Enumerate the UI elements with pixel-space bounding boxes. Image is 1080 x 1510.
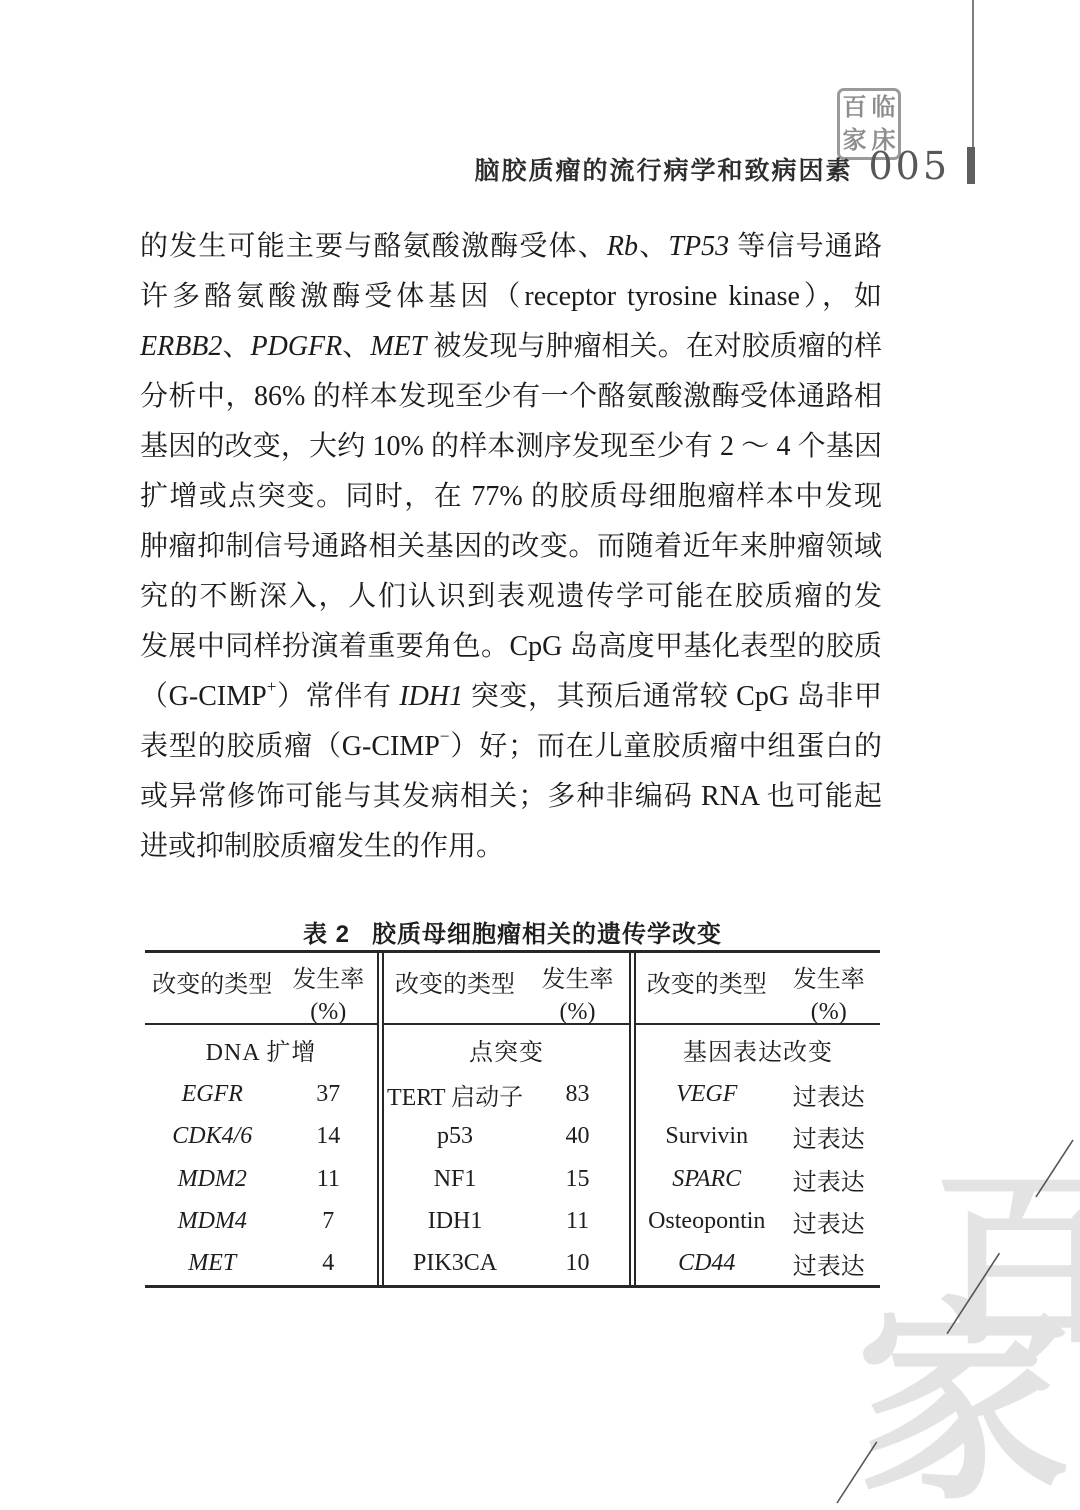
paragraph-line: 扩增或点突变。同时，在 77% 的胶质母细胞瘤样本中发现 RB1	[140, 472, 882, 522]
table-header-row: 改变的类型发生率(%)	[384, 953, 629, 1025]
table-row: MDM47	[145, 1200, 377, 1242]
gene-name: PIK3CA	[384, 1250, 526, 1277]
genetics-table: 改变的类型发生率(%)DNA 扩增EGFR37CDK4/614MDM211MDM…	[145, 950, 880, 1288]
gene-name: CD44	[636, 1250, 778, 1277]
gene-value: 4	[280, 1250, 377, 1277]
gene-name: NF1	[384, 1166, 526, 1193]
gene-value: 过表达	[778, 1162, 880, 1197]
paragraph-line: （G-CIMP+）常伴有 IDH1 突变，其预后通常较 CpG 岛非甲基化	[140, 672, 882, 722]
gene-value: 15	[526, 1166, 629, 1193]
table-row: Osteopontin过表达	[636, 1200, 880, 1242]
col-header-type: 改变的类型	[636, 964, 778, 1023]
paragraph-line: 发展中同样扮演着重要角色。CpG 岛高度甲基化表型的胶质瘤	[140, 622, 882, 672]
col-header-rate-label: 发生率	[526, 964, 629, 996]
book-page: 百 家 百 临 家 床 脑胶质瘤的流行病学和致病因素 005 的发生可能主要与酪…	[0, 0, 1080, 1510]
col-header-rate-label: 发生率	[778, 964, 880, 996]
table-header-row: 改变的类型发生率(%)	[636, 953, 880, 1025]
table-row: Survivin过表达	[636, 1115, 880, 1157]
gene-value: 过表达	[778, 1204, 880, 1239]
gene-name: TERT 启动子	[384, 1077, 526, 1112]
gene-name: SPARC	[636, 1166, 778, 1193]
gene-name: Survivin	[636, 1123, 778, 1150]
table-subheader: 基因表达改变	[636, 1025, 880, 1073]
table-group: 改变的类型发生率(%)点突变TERT 启动子83p5340NF115IDH111…	[377, 953, 629, 1285]
table-row: NF115	[384, 1158, 629, 1200]
table-row: EGFR37	[145, 1073, 377, 1115]
table-row: MET4	[145, 1243, 377, 1285]
col-header-rate: 发生率(%)	[280, 964, 377, 1023]
seal-char: 百	[843, 96, 867, 120]
page-header: 脑胶质瘤的流行病学和致病因素 005	[474, 144, 950, 188]
paragraph-line: 许多酪氨酸激酶受体基因（receptor tyrosine kinase），如 …	[140, 272, 882, 322]
paragraph-line: 进或抑制胶质瘤发生的作用。	[140, 822, 882, 872]
table-row: VEGF过表达	[636, 1073, 880, 1115]
gene-value: 11	[526, 1208, 629, 1235]
gene-value: 过表达	[778, 1246, 880, 1281]
paragraph-line: 肿瘤抑制信号通路相关基因的改变。而随着近年来肿瘤领域研	[140, 522, 882, 572]
gene-name: p53	[384, 1123, 526, 1150]
gene-value: 37	[280, 1081, 377, 1108]
table-row: CDK4/614	[145, 1115, 377, 1157]
gene-value: 过表达	[778, 1119, 880, 1154]
paragraph-line: 或异常修饰可能与其发病相关；多种非编码 RNA 也可能起到促	[140, 772, 882, 822]
gene-name: EGFR	[145, 1081, 280, 1108]
col-header-rate-unit: (%)	[526, 996, 629, 1028]
table-row: PIK3CA10	[384, 1243, 629, 1285]
col-header-type: 改变的类型	[145, 964, 280, 1023]
gene-name: MDM4	[145, 1208, 280, 1235]
page-number: 005	[868, 144, 950, 188]
paragraph-line: 分析中，86% 的样本发现至少有一个酪氨酸激酶受体通路相关	[140, 372, 882, 422]
table-row: CD44过表达	[636, 1243, 880, 1285]
table-caption-title: 胶质母细胞瘤相关的遗传学改变	[372, 921, 722, 948]
col-header-rate: 发生率(%)	[526, 964, 629, 1023]
paragraph-line: 表型的胶质瘤（G-CIMP−）好；而在儿童胶质瘤中组蛋白的突变	[140, 722, 882, 772]
gene-name: MET	[145, 1250, 280, 1277]
gene-value: 83	[526, 1081, 629, 1108]
col-header-rate-label: 发生率	[280, 964, 377, 996]
gene-value: 7	[280, 1208, 377, 1235]
header-accent-bar	[967, 147, 975, 184]
table-row: IDH111	[384, 1200, 629, 1242]
table-caption-label: 表 2	[303, 921, 350, 948]
margin-rule-line	[972, 0, 974, 148]
gene-value: 14	[280, 1123, 377, 1150]
col-header-rate-unit: (%)	[778, 996, 880, 1028]
gene-name: Osteopontin	[636, 1208, 778, 1235]
paragraph-line: 究的不断深入，人们认识到表观遗传学可能在胶质瘤的发生、	[140, 572, 882, 622]
table-subheader: 点突变	[384, 1025, 629, 1073]
table-subheader: DNA 扩增	[145, 1025, 377, 1073]
gene-value: 过表达	[778, 1077, 880, 1112]
gene-name: CDK4/6	[145, 1123, 280, 1150]
col-header-type: 改变的类型	[384, 964, 526, 1023]
gene-name: VEGF	[636, 1081, 778, 1108]
table-row: SPARC过表达	[636, 1158, 880, 1200]
col-header-rate-unit: (%)	[280, 996, 377, 1028]
gene-value: 10	[526, 1250, 629, 1277]
seal-char: 临	[872, 96, 896, 120]
table-group: 改变的类型发生率(%)基因表达改变VEGF过表达Survivin过表达SPARC…	[629, 953, 880, 1285]
table-row: p5340	[384, 1115, 629, 1157]
chapter-title: 脑胶质瘤的流行病学和致病因素	[474, 151, 852, 187]
col-header-rate: 发生率(%)	[778, 964, 880, 1023]
table-header-row: 改变的类型发生率(%)	[145, 953, 377, 1025]
paragraph-line: 的发生可能主要与酪氨酸激酶受体、Rb、TP53 等信号通路相关。	[140, 222, 882, 272]
gene-name: MDM2	[145, 1166, 280, 1193]
table-row: MDM211	[145, 1158, 377, 1200]
gene-value: 40	[526, 1123, 629, 1150]
body-paragraph: 的发生可能主要与酪氨酸激酶受体、Rb、TP53 等信号通路相关。许多酪氨酸激酶受…	[140, 222, 882, 872]
gene-name: IDH1	[384, 1208, 526, 1235]
table-group: 改变的类型发生率(%)DNA 扩增EGFR37CDK4/614MDM211MDM…	[145, 953, 377, 1285]
table-row: TERT 启动子83	[384, 1073, 629, 1115]
gene-value: 11	[280, 1166, 377, 1193]
paragraph-line: ERBB2、PDGFR、MET 被发现与肿瘤相关。在对胶质瘤的样本	[140, 322, 882, 372]
table-caption: 表 2胶质母细胞瘤相关的遗传学改变	[145, 914, 880, 949]
paragraph-line: 基因的改变，大约 10% 的样本测序发现至少有 2 ～ 4 个基因的	[140, 422, 882, 472]
